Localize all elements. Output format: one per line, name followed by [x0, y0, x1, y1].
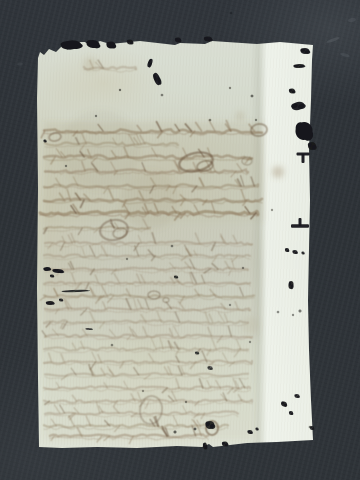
- manuscript-page: [37, 38, 314, 448]
